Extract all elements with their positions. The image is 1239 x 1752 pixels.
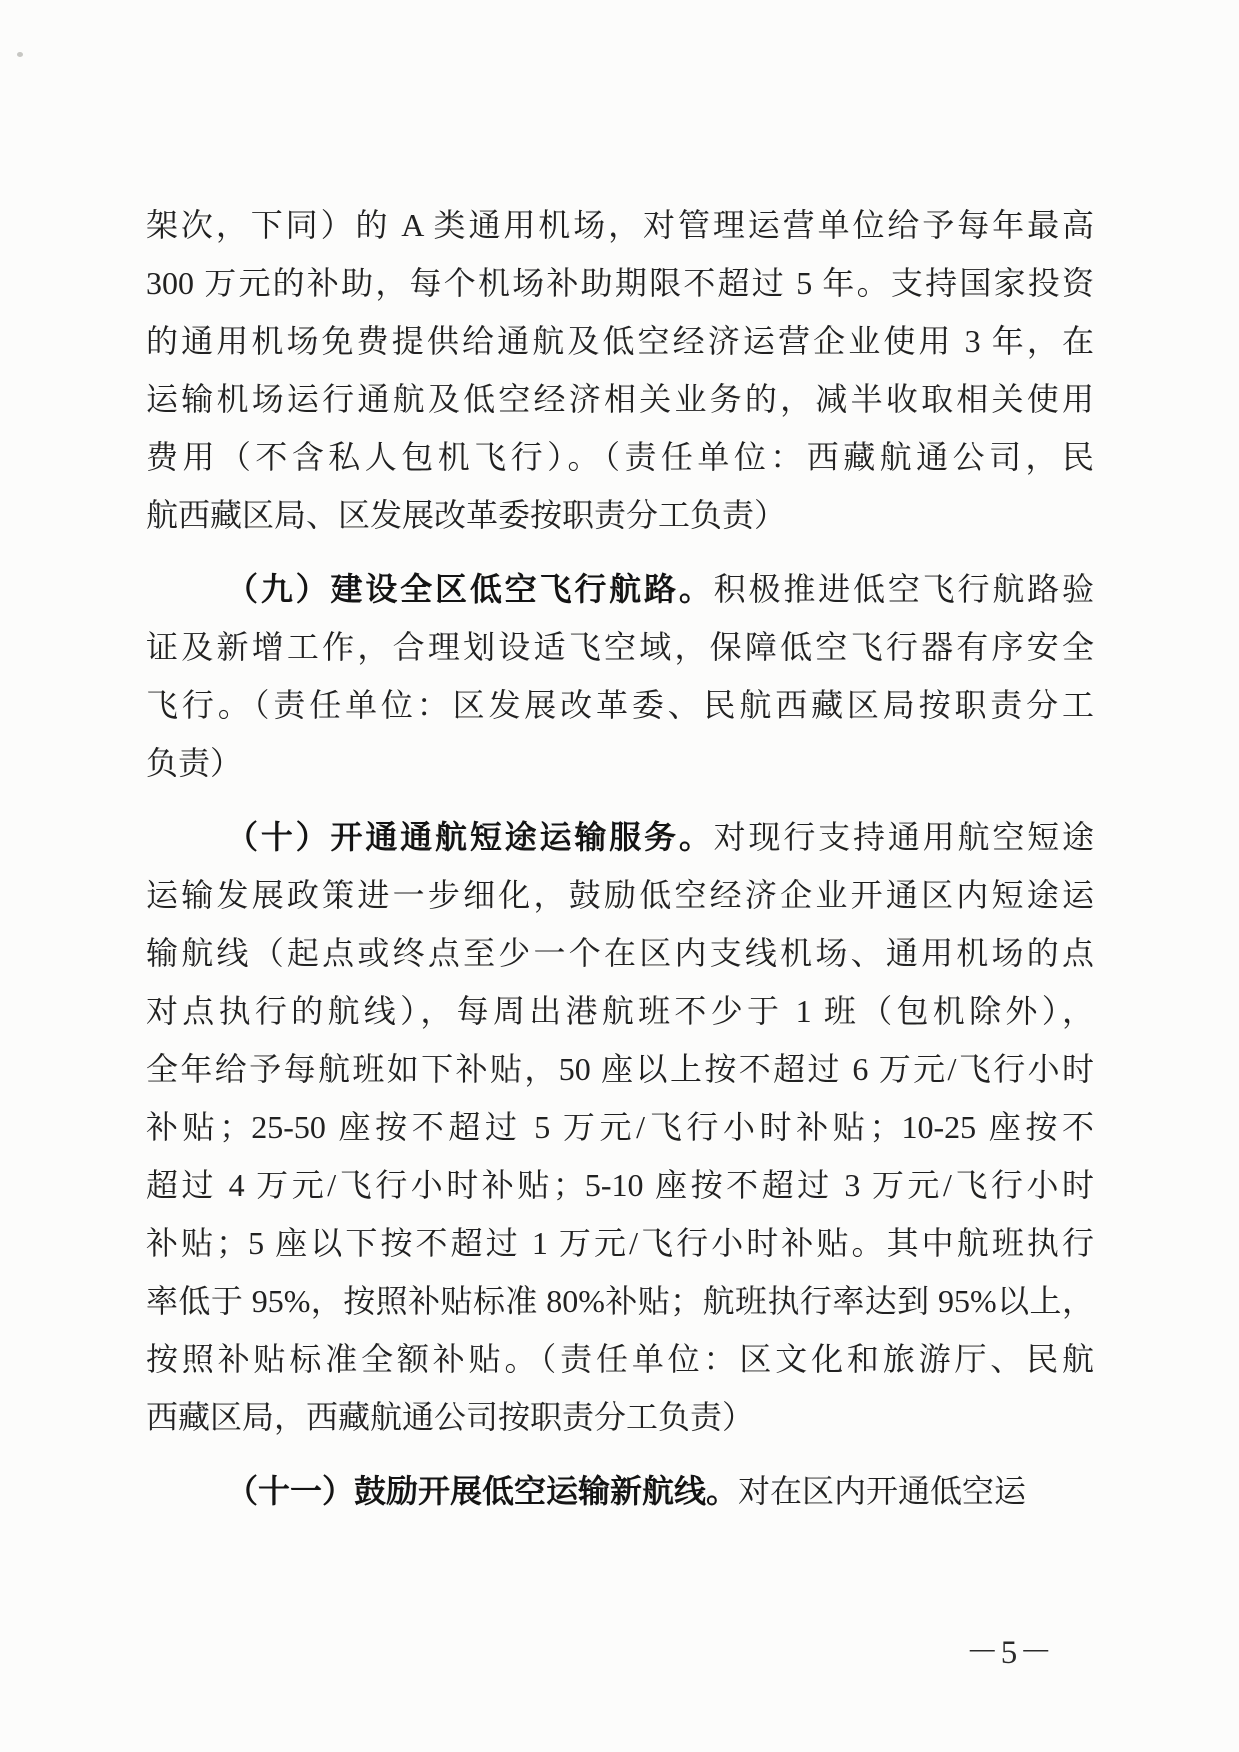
body-text: 对点执行的航线），每周出港航班不少于 1 班（包机除外）， xyxy=(146,993,1094,1029)
text-line: 按照补贴标准全额补贴。（责任单位：区文化和旅游厅、民航 xyxy=(146,1330,1094,1388)
text-line: 全年给予每航班如下补贴，50 座以上按不超过 6 万元/飞行小时 xyxy=(146,1040,1094,1098)
text-line: 300 万元的补助，每个机场补助期限不超过 5 年。支持国家投资 xyxy=(146,254,1094,312)
text-line: 证及新增工作，合理划设适飞空域，保障低空飞行器有序安全 xyxy=(146,618,1094,676)
text-line: 飞行。（责任单位：区发展改革委、民航西藏区局按职责分工 xyxy=(146,676,1094,734)
body-text: 300 万元的补助，每个机场补助期限不超过 5 年。支持国家投资 xyxy=(146,265,1094,301)
text-line: 补贴；25-50 座按不超过 5 万元/飞行小时补贴；10-25 座按不 xyxy=(146,1098,1094,1156)
text-line: 西藏区局，西藏航通公司按职责分工负责） xyxy=(146,1388,1094,1446)
body-text: 航西藏区局、区发展改革委按职责分工负责） xyxy=(146,497,786,533)
text-line: 费用（不含私人包机飞行）。（责任单位：西藏航通公司，民 xyxy=(146,428,1094,486)
heading-text: （九）建设全区低空飞行航路。 xyxy=(226,571,714,607)
body-text: 负责） xyxy=(146,745,242,781)
text-line: （九）建设全区低空飞行航路。积极推进低空飞行航路验 xyxy=(146,560,1094,618)
body-text: 架次，下同）的 A 类通用机场，对管理运营单位给予每年最高 xyxy=(146,207,1094,243)
text-line: 架次，下同）的 A 类通用机场，对管理运营单位给予每年最高 xyxy=(146,196,1094,254)
body-text: 飞行。（责任单位：区发展改革委、民航西藏区局按职责分工 xyxy=(146,687,1094,723)
text-line: 率低于 95%，按照补贴标准 80%补贴；航班执行率达到 95%以上， xyxy=(146,1272,1094,1330)
heading-text: （十一）鼓励开展低空运输新航线。 xyxy=(226,1473,738,1509)
text-line: 输航线（起点或终点至少一个在区内支线机场、通用机场的点 xyxy=(146,924,1094,982)
text-line: 航西藏区局、区发展改革委按职责分工负责） xyxy=(146,486,1094,544)
body-text: 对在区内开通低空运 xyxy=(738,1473,1026,1509)
body-text: 运输机场运行通航及低空经济相关业务的，减半收取相关使用 xyxy=(146,381,1094,417)
body-text: 输航线（起点或终点至少一个在区内支线机场、通用机场的点 xyxy=(146,935,1094,971)
text-line: 对点执行的航线），每周出港航班不少于 1 班（包机除外）， xyxy=(146,982,1094,1040)
text-line: （十）开通通航短途运输服务。对现行支持通用航空短途 xyxy=(146,808,1094,866)
scan-speckle xyxy=(17,52,23,57)
text-line: （十一）鼓励开展低空运输新航线。对在区内开通低空运 xyxy=(146,1462,1094,1520)
body-text: 费用（不含私人包机飞行）。（责任单位：西藏航通公司，民 xyxy=(146,439,1094,475)
text-line: 运输发展政策进一步细化，鼓励低空经济企业开通区内短途运 xyxy=(146,866,1094,924)
body-text: 按照补贴标准全额补贴。（责任单位：区文化和旅游厅、民航 xyxy=(146,1341,1094,1377)
document-text: 架次，下同）的 A 类通用机场，对管理运营单位给予每年最高300 万元的补助，每… xyxy=(146,196,1094,1520)
text-line: 的通用机场免费提供给通航及低空经济运营企业使用 3 年，在 xyxy=(146,312,1094,370)
body-text: 证及新增工作，合理划设适飞空域，保障低空飞行器有序安全 xyxy=(146,629,1094,665)
text-line: 运输机场运行通航及低空经济相关业务的，减半收取相关使用 xyxy=(146,370,1094,428)
body-text: 率低于 95%，按照补贴标准 80%补贴；航班执行率达到 95%以上， xyxy=(146,1283,1094,1319)
heading-text: （十）开通通航短途运输服务。 xyxy=(226,819,714,855)
body-text: 的通用机场免费提供给通航及低空经济运营企业使用 3 年，在 xyxy=(146,323,1094,359)
body-text: 积极推进低空飞行航路验 xyxy=(714,571,1094,607)
page-number: －5－ xyxy=(960,1626,1060,1673)
body-text: 全年给予每航班如下补贴，50 座以上按不超过 6 万元/飞行小时 xyxy=(146,1051,1094,1087)
text-line: 超过 4 万元/飞行小时补贴；5-10 座按不超过 3 万元/飞行小时 xyxy=(146,1156,1094,1214)
body-text: 补贴；5 座以下按不超过 1 万元/飞行小时补贴。其中航班执行 xyxy=(146,1225,1094,1261)
text-line: 负责） xyxy=(146,734,1094,792)
body-text: 西藏区局，西藏航通公司按职责分工负责） xyxy=(146,1399,754,1435)
text-line: 补贴；5 座以下按不超过 1 万元/飞行小时补贴。其中航班执行 xyxy=(146,1214,1094,1272)
body-text: 超过 4 万元/飞行小时补贴；5-10 座按不超过 3 万元/飞行小时 xyxy=(146,1167,1094,1203)
scanned-document-page: 架次，下同）的 A 类通用机场，对管理运营单位给予每年最高300 万元的补助，每… xyxy=(0,0,1239,1752)
body-text: 对现行支持通用航空短途 xyxy=(714,819,1094,855)
body-text: 补贴；25-50 座按不超过 5 万元/飞行小时补贴；10-25 座按不 xyxy=(146,1109,1094,1145)
body-text: 运输发展政策进一步细化，鼓励低空经济企业开通区内短途运 xyxy=(146,877,1094,913)
